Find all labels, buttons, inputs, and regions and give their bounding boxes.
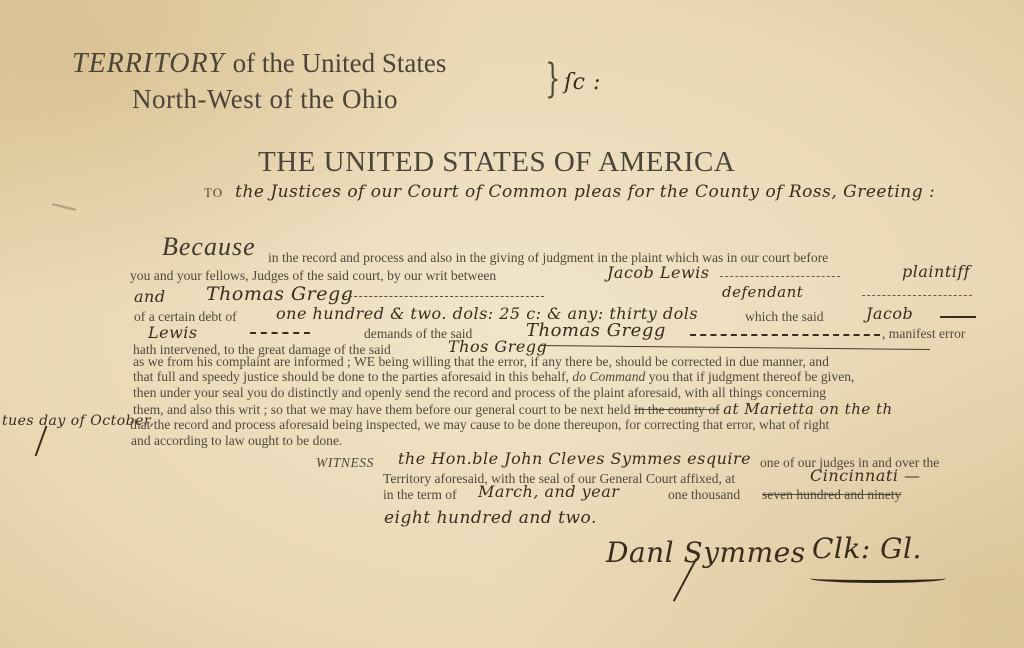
defendant-label: defendant	[722, 283, 803, 301]
witness-label: WITNESS	[316, 455, 374, 471]
body-line-8: that full and speedy justice should be d…	[133, 369, 854, 385]
territory-rest: of the United States	[233, 48, 447, 78]
clerk-title: Clk: Gl.	[812, 532, 922, 565]
body-line-2: you and your fellows, Judges of the said…	[130, 268, 496, 284]
body-line-7: as we from his complaint are informed ; …	[133, 354, 829, 370]
because-word: Because	[162, 232, 256, 262]
fill-line	[690, 334, 880, 336]
signature-flourish	[810, 574, 946, 583]
manifest-error: , manifest error	[882, 326, 965, 342]
struck-year: seven hundred and ninety	[762, 487, 901, 503]
address-handwritten: the Justices of our Court of Common plea…	[235, 182, 935, 202]
which-the-said: which the said	[745, 309, 824, 325]
territory-heading: TERRITORY of the United States	[72, 48, 446, 80]
body-line-10: them, and also this writ ; so that we ma…	[133, 400, 893, 418]
body-line-11: that the record and process aforesaid be…	[130, 417, 829, 433]
place-cincinnati: Cincinnati —	[810, 466, 921, 485]
fill-line	[940, 316, 976, 318]
struck-text: in the county of	[634, 402, 720, 417]
plaintiff-label: plaintiff	[902, 262, 970, 281]
document-title: THE UNITED STATES OF AMERICA	[258, 146, 735, 179]
fill-line	[862, 295, 972, 296]
witness-judge: the Hon.ble John Cleves Symmes esquire	[398, 449, 751, 468]
ink-smudge	[52, 203, 76, 211]
clerk-signature: Danl Symmes	[606, 536, 806, 569]
witness-print-3: in the term of	[383, 487, 457, 503]
body-line-12: and according to law ought to be done.	[131, 433, 342, 449]
year-handwritten: eight hundred and two.	[384, 508, 597, 528]
writ-of-error-document: TERRITORY of the United States North-Wes…	[0, 0, 1024, 648]
address-line: TOthe Justices of our Court of Common pl…	[204, 182, 935, 202]
marietta-hand: at Marietta on the th	[723, 400, 893, 418]
to-label: TO	[204, 185, 223, 200]
fill-line	[720, 276, 840, 277]
margin-stroke	[35, 426, 48, 457]
sc-mark: ſc :	[564, 70, 601, 95]
fill-line	[540, 345, 930, 350]
brace-icon: }	[545, 56, 560, 102]
jacob-name: Jacob	[866, 304, 913, 323]
fill-line	[344, 296, 544, 297]
body-line-1: in the record and process and also in th…	[268, 250, 828, 266]
body-line-9: then under your seal you do distinctly a…	[133, 385, 826, 401]
lewis-name: Lewis	[148, 323, 198, 342]
do-command: do Command	[572, 369, 645, 384]
plaintiff-name: Jacob Lewis	[607, 263, 710, 282]
north-west-heading: North-West of the Ohio	[132, 84, 398, 115]
and-word: and	[134, 287, 166, 306]
defendant-name: Thomas Gregg	[206, 283, 353, 305]
witness-print-4: one thousand	[668, 487, 740, 503]
fill-line	[250, 332, 310, 334]
term-march: March, and year	[478, 482, 619, 501]
territory-italic: TERRITORY	[72, 48, 225, 79]
